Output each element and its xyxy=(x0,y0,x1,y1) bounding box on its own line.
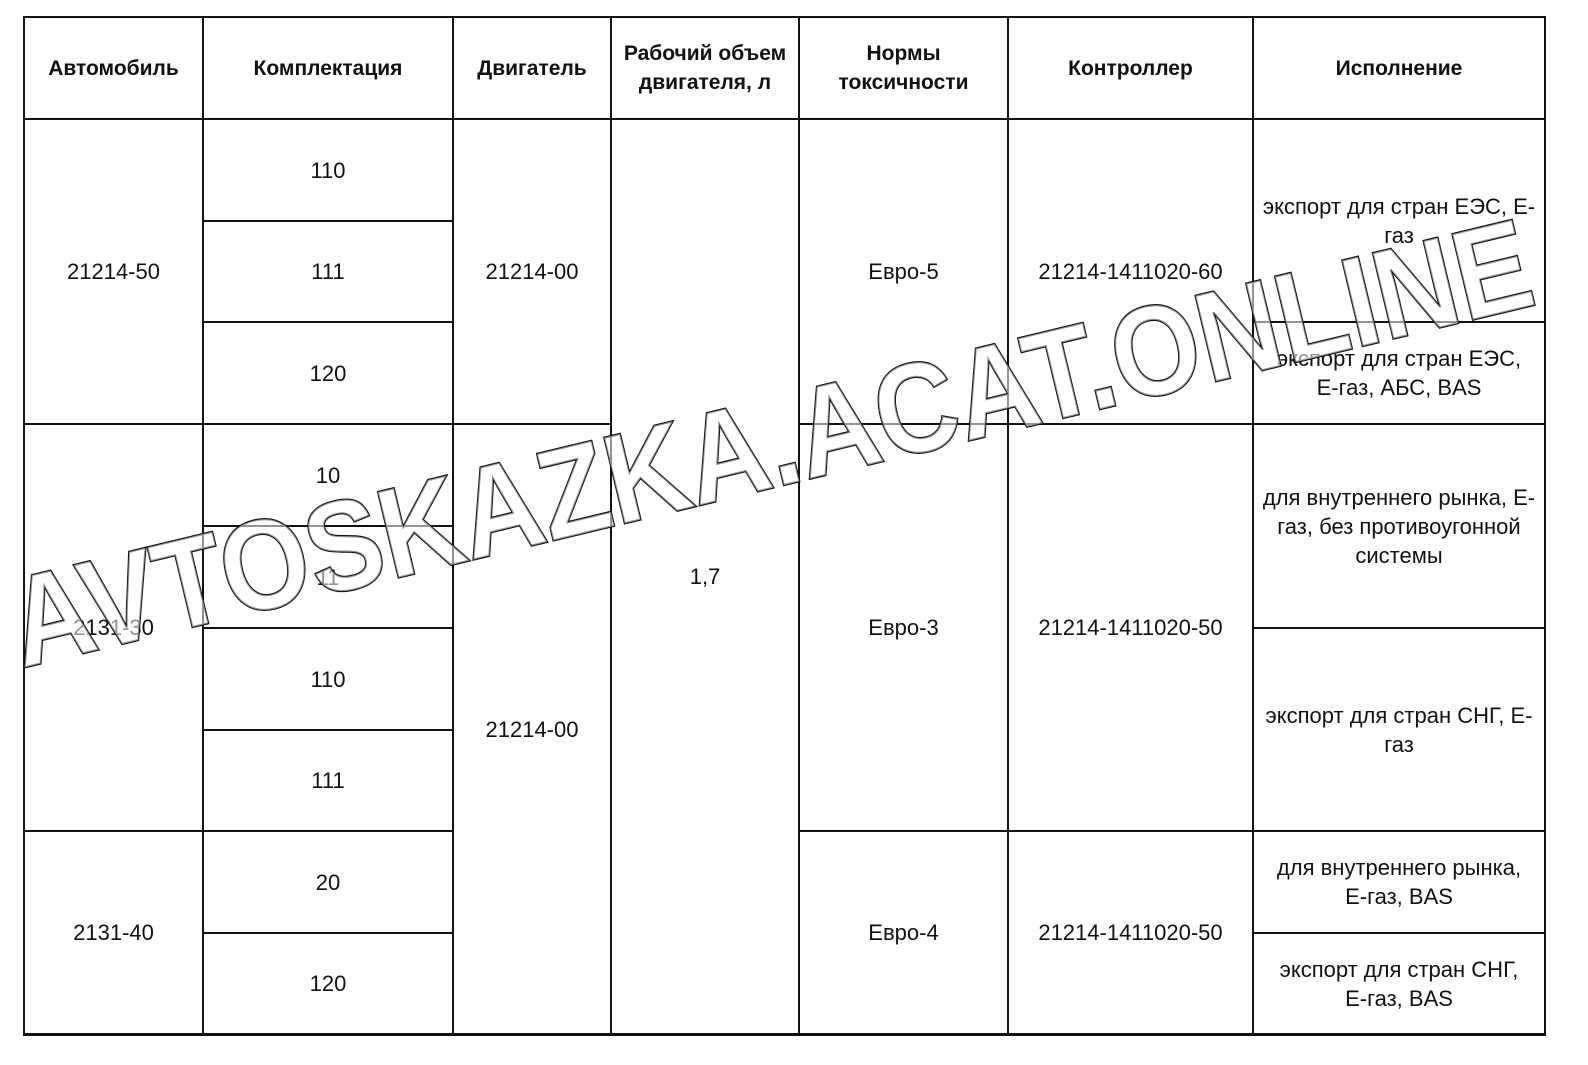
table-divider xyxy=(1007,16,1009,1035)
header-emission-standard: Нормы токсичности xyxy=(825,17,982,119)
controller-cell: 21214-1411020-50 xyxy=(1008,424,1253,831)
variant-cell: для внутреннего рынка, Е-газ, BAS xyxy=(1253,831,1545,933)
table-divider xyxy=(202,932,454,934)
table-divider xyxy=(610,16,612,1035)
controller-cell: 21214-1411020-60 xyxy=(1008,119,1253,424)
emission-standard-cell: Евро-4 xyxy=(799,831,1008,1034)
table-divider xyxy=(23,423,612,425)
table-divider xyxy=(1252,932,1546,934)
table-divider xyxy=(1252,321,1546,323)
table-divider xyxy=(798,16,800,1035)
engine-cell: 21214-00 xyxy=(453,424,611,1034)
table-divider xyxy=(23,830,454,832)
variant-cell: экспорт для стран ЕЭС, Е-газ, АБС, BAS xyxy=(1253,322,1545,424)
variant-cell: экспорт для стран СНГ, Е-газ xyxy=(1253,628,1545,831)
header-vehicle: Автомобиль xyxy=(24,17,203,119)
variant-cell: экспорт для стран СНГ, Е-газ, BAS xyxy=(1253,933,1545,1034)
table-divider xyxy=(202,729,454,731)
variant-cell: экспорт для стран ЕЭС, Е-газ xyxy=(1253,119,1545,322)
table-border xyxy=(23,16,25,1035)
vehicle-cell: 21214-50 xyxy=(24,119,203,424)
table-divider xyxy=(1252,16,1254,1035)
table-divider xyxy=(202,525,454,527)
displacement-cell: 1,7 xyxy=(611,119,799,1034)
variant-cell: для внутреннего рынка, Е-газ, без против… xyxy=(1253,424,1545,628)
engine-configuration-table: Автомобиль Комплектация Двигатель Рабочи… xyxy=(0,0,1588,1065)
engine-cell: 21214-00 xyxy=(453,119,611,424)
trim-cell: 111 xyxy=(203,221,453,322)
header-controller: Контроллер xyxy=(1008,17,1253,119)
trim-cell: 11 xyxy=(203,526,453,628)
table-border xyxy=(23,16,1546,18)
vehicle-cell: 2131-30 xyxy=(24,424,203,831)
trim-cell: 120 xyxy=(203,933,453,1034)
trim-cell: 20 xyxy=(203,831,453,933)
trim-cell: 110 xyxy=(203,119,453,221)
header-variant: Исполнение xyxy=(1253,17,1545,119)
table-divider xyxy=(798,830,1546,832)
header-displacement: Рабочий объем двигателя, л xyxy=(619,17,791,119)
table-divider xyxy=(202,321,454,323)
header-trim: Комплектация xyxy=(203,17,453,119)
emission-standard-cell: Евро-3 xyxy=(799,424,1008,831)
trim-cell: 110 xyxy=(203,628,453,730)
emission-standard-cell: Евро-5 xyxy=(799,119,1008,424)
controller-cell: 21214-1411020-50 xyxy=(1008,831,1253,1034)
table-divider xyxy=(798,423,1546,425)
vehicle-cell: 2131-40 xyxy=(24,831,203,1034)
table-divider xyxy=(202,220,454,222)
table-border xyxy=(23,1033,1546,1036)
table-divider xyxy=(23,118,1546,120)
trim-cell: 120 xyxy=(203,322,453,424)
trim-cell: 111 xyxy=(203,730,453,831)
table-border xyxy=(1544,16,1546,1035)
table-divider xyxy=(1252,627,1546,629)
table-divider xyxy=(202,627,454,629)
header-engine: Двигатель xyxy=(453,17,611,119)
trim-cell: 10 xyxy=(203,424,453,526)
